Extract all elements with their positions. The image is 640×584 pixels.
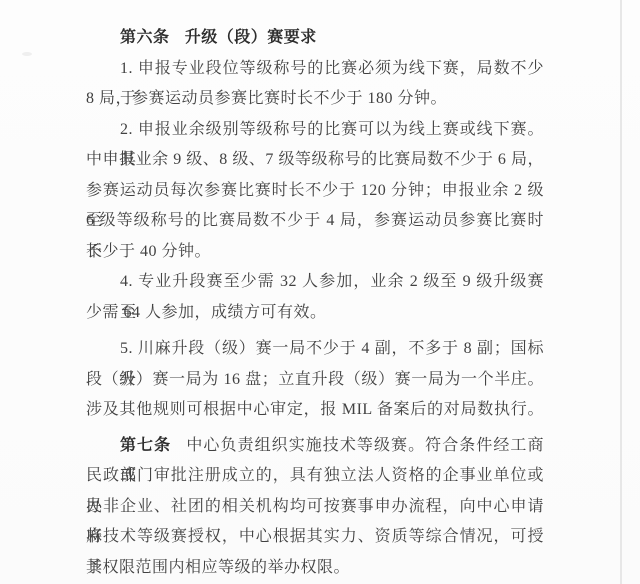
- doc-line: 1. 申报专业段位等级称号的比赛必须为线下赛，局数不少于: [86, 54, 544, 85]
- doc-line-text: 其权限范围内相应等级的举办权限。: [86, 559, 350, 576]
- doc-line: 不少于 40 分钟。: [86, 237, 544, 268]
- doc-line: 办非企业、社团的相关机构均可按赛事申办流程，向中心申请麻: [86, 492, 544, 523]
- article-6-heading: 第六条升级（段）赛要求: [86, 23, 544, 54]
- document-text-block: 第六条升级（段）赛要求 1. 申报专业段位等级称号的比赛必须为线下赛，局数不少于…: [86, 23, 544, 583]
- doc-line: 民政部门审批注册成立的，具有独立法人资格的企事业单位或民: [86, 461, 544, 492]
- doc-line: 6 级等级称号的比赛局数不少于 4 局，参赛运动员参赛比赛时长: [86, 206, 544, 237]
- doc-line: 将技术等级赛授权，中心根据其实力、资质等综合情况，可授予: [86, 522, 544, 553]
- doc-line-text: 不少于 40 分钟。: [86, 243, 211, 260]
- doc-line: 其权限范围内相应等级的举办权限。: [86, 553, 544, 584]
- doc-line-text: 涉及其他规则可根据中心审定，报 MIL 备案后的对局数执行。: [86, 401, 544, 418]
- doc-line: 少需 64 人参加，成绩方可有效。: [86, 298, 544, 329]
- article-6-number: 第六条: [120, 29, 170, 46]
- article-6-title: 升级（段）赛要求: [185, 29, 317, 46]
- doc-line-text: 8 局，参赛运动员参赛比赛时长不少于 180 分钟。: [86, 90, 447, 107]
- article-7-heading-line: 第七条中心负责组织实施技术等级赛。符合条件经工商或: [86, 431, 544, 462]
- scanned-document-page: 第六条升级（段）赛要求 1. 申报专业段位等级称号的比赛必须为线下赛，局数不少于…: [0, 0, 640, 584]
- doc-line: 2. 申报业余级别等级称号的比赛可以为线上赛或线下赛。其: [86, 115, 544, 146]
- doc-line: 中申报业余 9 级、8 级、7 级等级称号的比赛局数不少于 6 局，: [86, 145, 544, 176]
- doc-line: 段（级）赛一局为 16 盘；立直升段（级）赛一局为一个半庄。: [86, 365, 544, 396]
- doc-line: 5. 川麻升段（级）赛一局不少于 4 副，不多于 8 副；国标升: [86, 334, 544, 365]
- doc-line: 参赛运动员每次参赛比赛时长不少于 120 分钟；申报业余 2 级至: [86, 176, 544, 207]
- scan-artifact: [22, 52, 32, 56]
- article-7-number: 第七条: [120, 437, 171, 454]
- page-edge-line: [620, 0, 622, 584]
- doc-line: 8 局，参赛运动员参赛比赛时长不少于 180 分钟。: [86, 84, 544, 115]
- doc-line-text: 中申报业余 9 级、8 级、7 级等级称号的比赛局数不少于 6 局，: [86, 151, 544, 168]
- doc-line: 4. 专业升段赛至少需 32 人参加，业余 2 级至 9 级升级赛至: [86, 267, 544, 298]
- doc-line-text: 段（级）赛一局为 16 盘；立直升段（级）赛一局为一个半庄。: [86, 371, 544, 388]
- doc-line: 涉及其他规则可根据中心审定，报 MIL 备案后的对局数执行。: [86, 395, 544, 426]
- doc-line-text: 少需 64 人参加，成绩方可有效。: [86, 304, 327, 321]
